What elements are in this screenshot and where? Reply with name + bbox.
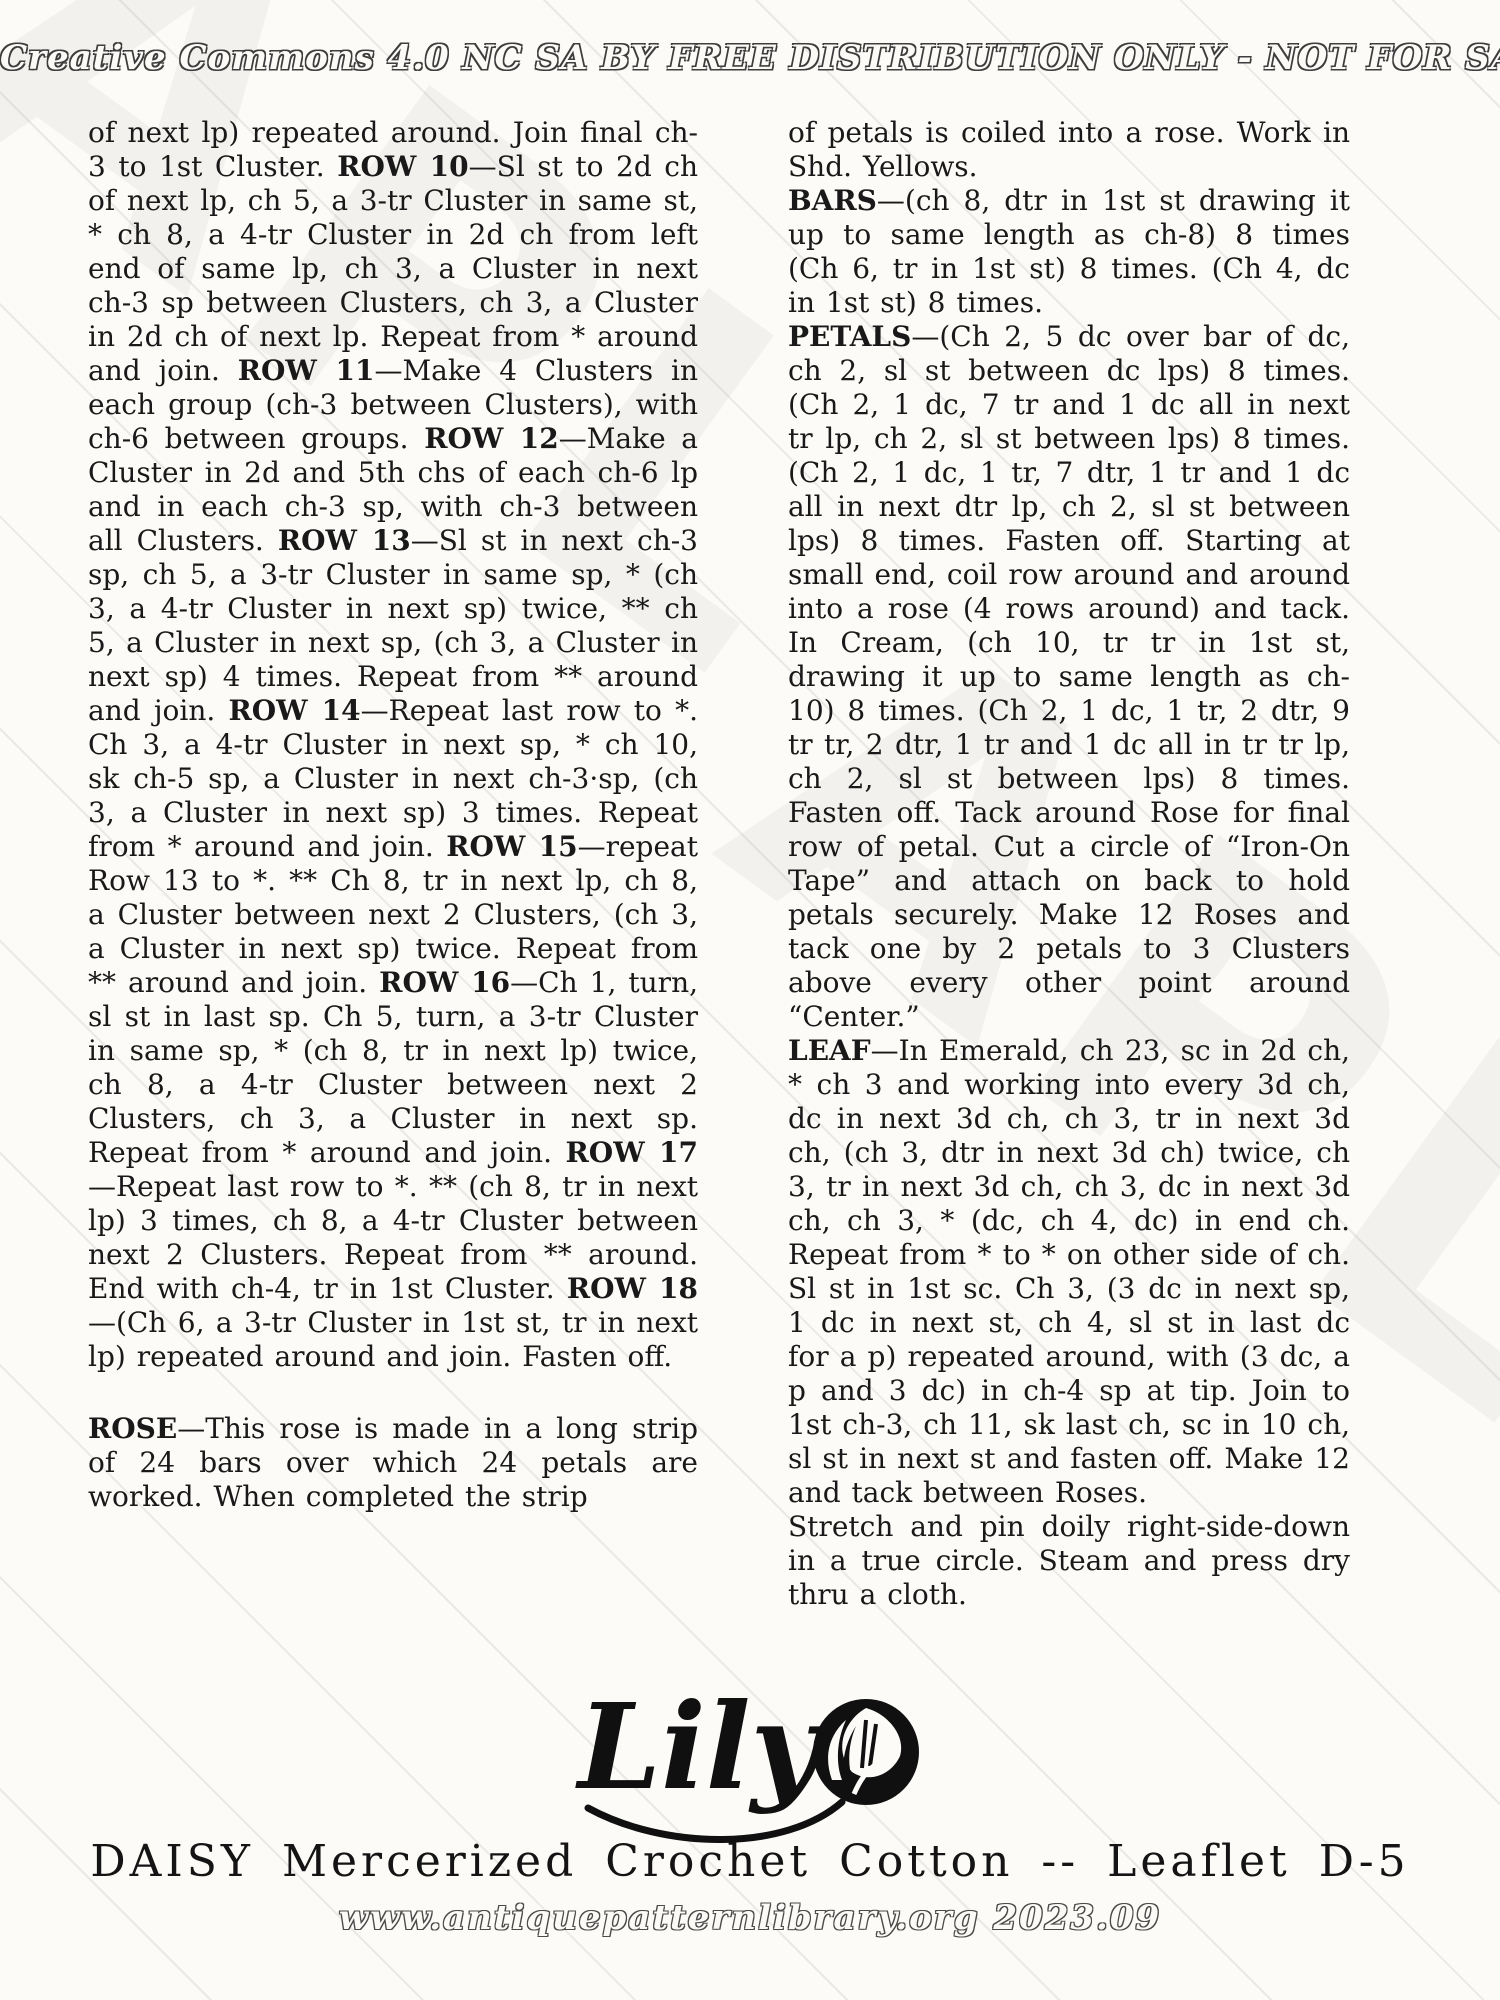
rose-continuation-paragraph: of petals is coiled into a rose. Work in…: [788, 116, 1350, 184]
text-segment: of petals is coiled into a rose. Work in…: [788, 116, 1350, 183]
bold-lead-word: ROW 17: [566, 1136, 698, 1169]
footer-url: www.antiquepatternlibrary.org 2023.09: [0, 1898, 1500, 1938]
license-banner: Creative Commons 4.0 NC SA BY FREE DISTR…: [0, 38, 1500, 78]
bold-lead-word: ROW 16: [379, 966, 510, 999]
lily-flower-icon: [813, 1699, 919, 1805]
lily-logo-text: Lily: [575, 1677, 827, 1816]
bold-lead-word: ROW 15: [446, 830, 577, 863]
lily-logo: Lily: [0, 1660, 1500, 1860]
product-line: DAISY Mercerized Crochet Cotton -- Leafl…: [0, 1836, 1500, 1887]
scanned-page: APL APL Creative Commons 4.0 NC SA BY FR…: [0, 0, 1500, 2000]
bold-lead-word: ROW 10: [337, 150, 468, 183]
bold-lead-word: ROW 11: [238, 354, 375, 387]
left-text-column: of next lp) repeated around. Join final …: [88, 116, 698, 1514]
bars-paragraph: BARS—(ch 8, dtr in 1st st drawing it up …: [788, 184, 1350, 320]
bold-lead-word: BARS: [788, 184, 877, 217]
bold-lead-word: ROW 12: [424, 422, 559, 455]
text-segment: Stretch and pin doily right-side-down in…: [788, 1510, 1350, 1611]
petals-paragraph: PETALS—(Ch 2, 5 dc over bar of dc, ch 2,…: [788, 320, 1350, 1034]
bold-lead-word: ROSE: [88, 1412, 177, 1445]
right-text-column: of petals is coiled into a rose. Work in…: [788, 116, 1350, 1612]
text-segment: —In Emerald, ch 23, sc in 2d ch, * ch 3 …: [788, 1034, 1350, 1509]
text-segment: —(Ch 6, a 3-tr Cluster in 1st st, tr in …: [88, 1306, 698, 1373]
lily-logo-graphic: Lily: [570, 1660, 930, 1860]
text-segment: —Sl st to 2d ch of next lp, ch 5, a 3-tr…: [88, 150, 698, 387]
leaf-paragraph: LEAF—In Emerald, ch 23, sc in 2d ch, * c…: [788, 1034, 1350, 1510]
rose-paragraph: ROSE—This rose is made in a long strip o…: [88, 1412, 698, 1514]
bold-lead-word: ROW 18: [567, 1272, 698, 1305]
text-segment: —This rose is made in a long strip of 24…: [88, 1412, 698, 1513]
bold-lead-word: LEAF: [788, 1034, 871, 1067]
text-segment: —(Ch 2, 5 dc over bar of dc, ch 2, sl st…: [788, 320, 1350, 1033]
rows-10-18-paragraph: of next lp) repeated around. Join final …: [88, 116, 698, 1374]
bold-lead-word: ROW 13: [278, 524, 411, 557]
finishing-paragraph: Stretch and pin doily right-side-down in…: [788, 1510, 1350, 1612]
bold-lead-word: ROW 14: [228, 694, 360, 727]
bold-lead-word: PETALS: [788, 320, 911, 353]
